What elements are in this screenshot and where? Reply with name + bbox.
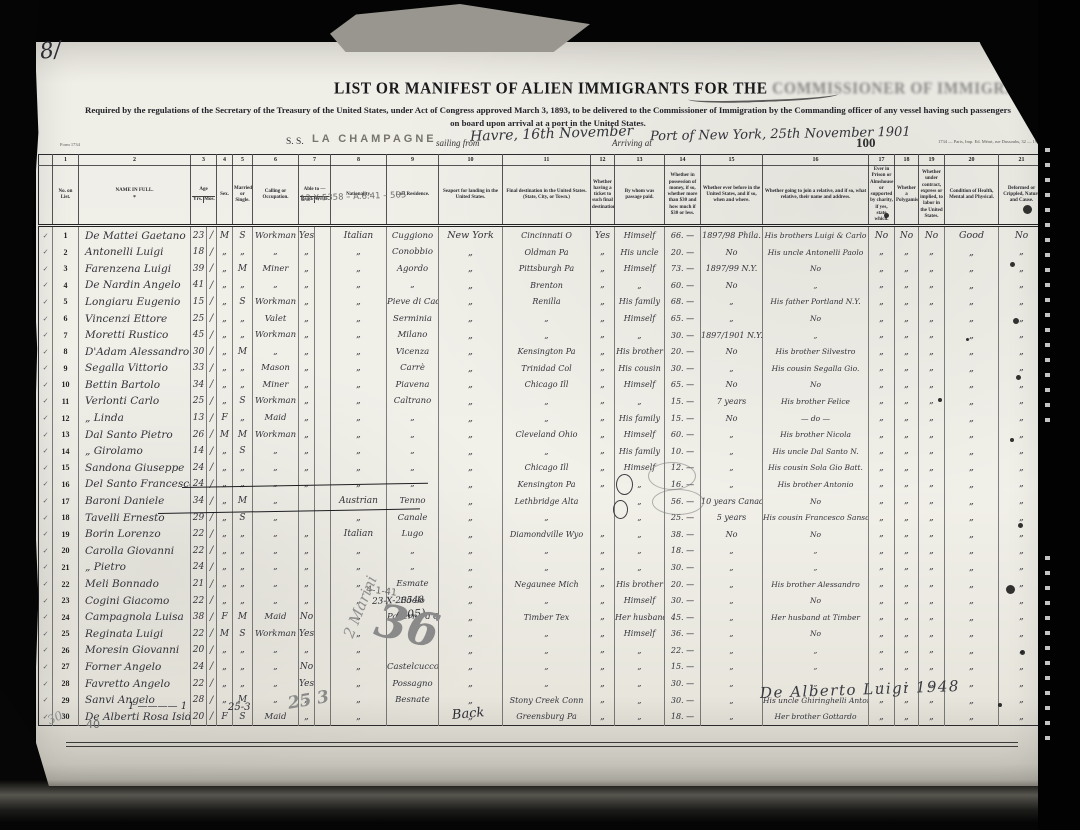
- cell-prison: „: [869, 360, 895, 377]
- col-ticket: Whether having a ticket to such final de…: [591, 166, 615, 226]
- cell-age-mos: /: [207, 509, 217, 526]
- cell-ticket: „: [591, 443, 615, 460]
- cell-age-yrs: 41: [191, 277, 207, 294]
- cell-contract-labor: „: [919, 460, 945, 477]
- cell-passage-paid: Himself: [615, 377, 665, 394]
- cell-money: 66. —: [665, 226, 701, 244]
- cell-destination: Timber Tex: [503, 609, 591, 626]
- cell-name: Cogini Giacomo: [79, 592, 191, 609]
- scan-edge-bottom: [0, 780, 1080, 830]
- cell-joining-relative: „: [763, 642, 869, 659]
- cell-read: [299, 493, 315, 510]
- cell-passage-paid: Her husband: [615, 609, 665, 626]
- cell-nationality: „: [331, 310, 387, 327]
- cell-seaport: „: [439, 260, 503, 277]
- cell-age-mos: /: [207, 626, 217, 643]
- cell-nationality: „: [331, 260, 387, 277]
- cell-calling: „: [253, 543, 299, 560]
- cell-married: S: [233, 294, 253, 311]
- cell-write: [315, 526, 331, 543]
- cell-polygamist: No: [895, 226, 919, 244]
- cell-name: „ Girolamo: [79, 443, 191, 460]
- cell-prison: „: [869, 526, 895, 543]
- cell-name: Carolla Giovanni: [79, 543, 191, 560]
- cell-contract-labor: „: [919, 360, 945, 377]
- cell-no: 26: [53, 642, 79, 659]
- cell-destination: Kensington Pa: [503, 343, 591, 360]
- cell-destination: „: [503, 410, 591, 427]
- cell-prison: „: [869, 476, 895, 493]
- cell-prison: „: [869, 659, 895, 676]
- cell-name: Tavelli Ernesto: [79, 509, 191, 526]
- cell-name: Sandona Giuseppe: [79, 460, 191, 477]
- cell-no: 13: [53, 426, 79, 443]
- cell-seaport: „: [439, 460, 503, 477]
- cell-age-mos: /: [207, 343, 217, 360]
- cell-contract-labor: „: [919, 543, 945, 560]
- cell-write: [315, 460, 331, 477]
- cell-nationality: „: [331, 244, 387, 261]
- cell-last-residence: „: [387, 460, 439, 477]
- cell-sex: „: [217, 692, 233, 709]
- cell-money: 73. —: [665, 260, 701, 277]
- cell-no: 19: [53, 526, 79, 543]
- cell-nationality: „: [331, 675, 387, 692]
- cell-last-residence: Piavena: [387, 377, 439, 394]
- cell-ticket: „: [591, 426, 615, 443]
- cell-ticket: [591, 493, 615, 510]
- cell-calling: „: [253, 659, 299, 676]
- cell-prison: „: [869, 592, 895, 609]
- col-prison: Ever in Prison or Almshouse or supported…: [869, 166, 895, 226]
- cell-write: [315, 410, 331, 427]
- cell-money: 20. —: [665, 576, 701, 593]
- cell-read: „: [299, 592, 315, 609]
- cell-nationality: Italian: [331, 526, 387, 543]
- cell-calling: Maid: [253, 609, 299, 626]
- cell-sex: „: [217, 310, 233, 327]
- cell-nationality: „: [331, 443, 387, 460]
- table-row: ✓ 15 Sandona Giuseppe 24 / „ „ „ „ „ „ „…: [39, 460, 1045, 477]
- cell-married: M: [233, 260, 253, 277]
- cell-destination: Stony Creek Conn: [503, 692, 591, 709]
- table-row: ✓ 9 Segalla Vittorio 33 / „ „ Mason „ „ …: [39, 360, 1045, 377]
- cell-sex: „: [217, 592, 233, 609]
- cell-last-residence: Possagno: [387, 675, 439, 692]
- cell-name: Vincenzi Ettore: [79, 310, 191, 327]
- cell-prison: „: [869, 626, 895, 643]
- col-no: No. on List.: [53, 166, 79, 226]
- cell-joining-relative: No: [763, 526, 869, 543]
- table-row: ✓ 24 Campagnola Luisa 38 / F M Maid No „…: [39, 609, 1045, 626]
- cell-name: Campagnola Luisa: [79, 609, 191, 626]
- cell-contract-labor: „: [919, 509, 945, 526]
- cell-nationality: „: [331, 343, 387, 360]
- col-relative: Whether going to join a relative, and if…: [763, 166, 869, 226]
- cell-calling: Maid: [253, 410, 299, 427]
- cell-nationality: Austrian: [331, 493, 387, 510]
- cell-name: Segalla Vittorio: [79, 360, 191, 377]
- cell-age-yrs: 15: [191, 294, 207, 311]
- cell-money: 65. —: [665, 310, 701, 327]
- cell-seaport: „: [439, 576, 503, 593]
- cell-name: Reginata Luigi: [79, 626, 191, 643]
- cell-write: [315, 543, 331, 560]
- cell-calling: Valet: [253, 310, 299, 327]
- cell-ticket: „: [591, 692, 615, 709]
- cell-name: Sanvi Angelo: [79, 692, 191, 709]
- cell-health: „: [945, 343, 999, 360]
- cell-no: 18: [53, 509, 79, 526]
- cell-contract-labor: „: [919, 443, 945, 460]
- cell-passage-paid: „: [615, 708, 665, 725]
- cell-prison: „: [869, 327, 895, 344]
- cell-write: [315, 642, 331, 659]
- table-row: ✓ 3 Farenzena Luigi 39 / „ M Miner „ „ A…: [39, 260, 1045, 277]
- cell-before-in-us: „: [701, 294, 763, 311]
- cell-prison: „: [869, 692, 895, 709]
- cell-destination: Diamondville Wyo: [503, 526, 591, 543]
- cell-nationality: „: [331, 592, 387, 609]
- cell-age-mos: /: [207, 360, 217, 377]
- cell-destination: „: [503, 393, 591, 410]
- cell-ticket: „: [591, 708, 615, 725]
- cell-joining-relative: His brother Felice: [763, 393, 869, 410]
- cell-joining-relative: No: [763, 592, 869, 609]
- cell-joining-relative: Her brother Gottardo: [763, 708, 869, 725]
- cell-seaport: „: [439, 708, 503, 725]
- row-checkmark: ✓: [39, 626, 53, 643]
- col-before: Whether ever before in the United States…: [701, 166, 763, 226]
- cell-age-mos: /: [207, 460, 217, 477]
- cell-prison: „: [869, 294, 895, 311]
- cell-write: [315, 675, 331, 692]
- cell-passage-paid: „: [615, 642, 665, 659]
- cell-calling: „: [253, 244, 299, 261]
- row-checkmark: ✓: [39, 277, 53, 294]
- cell-last-residence: Canale: [387, 509, 439, 526]
- cell-before-in-us: 1897/1901 N.Y.: [701, 327, 763, 344]
- cell-seaport: „: [439, 310, 503, 327]
- table-row: ✓ 1 De Mattei Gaetano 23 / M S Workman Y…: [39, 226, 1045, 244]
- cell-polygamist: „: [895, 443, 919, 460]
- col-seaport: Seaport for landing in the United States…: [439, 166, 503, 226]
- cell-married: „: [233, 675, 253, 692]
- cell-seaport: „: [439, 426, 503, 443]
- cell-seaport: „: [439, 609, 503, 626]
- cell-last-residence: Agordo: [387, 260, 439, 277]
- col-money: Whether in possession of money, if so, w…: [665, 166, 701, 226]
- cell-passage-paid: Himself: [615, 426, 665, 443]
- cell-prison: „: [869, 559, 895, 576]
- cell-calling: „: [253, 493, 299, 510]
- cell-no: 6: [53, 310, 79, 327]
- cell-nationality: „: [331, 410, 387, 427]
- cell-money: 68. —: [665, 294, 701, 311]
- table-bottom-rule: [66, 742, 1018, 747]
- row-checkmark: ✓: [39, 592, 53, 609]
- cell-no: 28: [53, 675, 79, 692]
- cell-money: 15. —: [665, 659, 701, 676]
- cell-ticket: „: [591, 559, 615, 576]
- cell-health: „: [945, 559, 999, 576]
- cell-before-in-us: No: [701, 277, 763, 294]
- cell-polygamist: „: [895, 310, 919, 327]
- cell-seaport: „: [439, 277, 503, 294]
- cell-calling: Workman: [253, 426, 299, 443]
- cell-before-in-us: „: [701, 675, 763, 692]
- cell-destination: Negaunee Mich: [503, 576, 591, 593]
- cell-money: 30. —: [665, 327, 701, 344]
- cell-no: 5: [53, 294, 79, 311]
- cell-married: M: [233, 426, 253, 443]
- cell-contract-labor: „: [919, 526, 945, 543]
- cell-seaport: „: [439, 294, 503, 311]
- cell-before-in-us: „: [701, 708, 763, 725]
- cell-married: S: [233, 509, 253, 526]
- cell-ticket: „: [591, 327, 615, 344]
- cell-nationality: „: [331, 576, 387, 593]
- cell-money: 18. —: [665, 543, 701, 560]
- cell-before-in-us: No: [701, 244, 763, 261]
- row-checkmark: ✓: [39, 609, 53, 626]
- cell-read: „: [299, 294, 315, 311]
- cell-age-mos: /: [207, 226, 217, 244]
- cell-money: 30. —: [665, 360, 701, 377]
- cell-read: Yes: [299, 626, 315, 643]
- cell-contract-labor: „: [919, 642, 945, 659]
- cell-sex: M: [217, 426, 233, 443]
- cell-destination: „: [503, 443, 591, 460]
- cell-money: 15. —: [665, 410, 701, 427]
- cell-passage-paid: His family: [615, 443, 665, 460]
- cell-seaport: „: [439, 244, 503, 261]
- row-checkmark: ✓: [39, 692, 53, 709]
- cell-name: Verlonti Carlo: [79, 393, 191, 410]
- cell-health: „: [945, 410, 999, 427]
- cell-read: „: [299, 360, 315, 377]
- cell-health: „: [945, 592, 999, 609]
- cell-write: [315, 493, 331, 510]
- cell-seaport: „: [439, 509, 503, 526]
- cell-destination: Cincinnati O: [503, 226, 591, 244]
- table-row: ✓ 29 Sanvi Angelo 28 / „ M „ „ „ Besnate…: [39, 692, 1045, 709]
- cell-joining-relative: „: [763, 675, 869, 692]
- cell-no: 23: [53, 592, 79, 609]
- table-row: ✓ 25 Reginata Luigi 22 / M S Workman Yes…: [39, 626, 1045, 643]
- cell-before-in-us: No: [701, 377, 763, 394]
- cell-married: „: [233, 576, 253, 593]
- cell-passage-paid: Himself: [615, 626, 665, 643]
- cell-name: Meli Bonnado: [79, 576, 191, 593]
- form-number: Form 1734: [60, 142, 80, 147]
- cell-contract-labor: „: [919, 476, 945, 493]
- cell-polygamist: „: [895, 659, 919, 676]
- cell-write: [315, 559, 331, 576]
- cell-age-yrs: 21: [191, 576, 207, 593]
- cell-age-yrs: 23: [191, 226, 207, 244]
- cell-prison: „: [869, 260, 895, 277]
- cell-ticket: „: [591, 377, 615, 394]
- cell-contract-labor: „: [919, 609, 945, 626]
- col-check: [39, 166, 53, 226]
- cell-money: 36. —: [665, 626, 701, 643]
- cell-read: „: [299, 526, 315, 543]
- cell-polygamist: „: [895, 576, 919, 593]
- cell-contract-labor: „: [919, 493, 945, 510]
- cell-sex: M: [217, 226, 233, 244]
- cell-before-in-us: „: [701, 592, 763, 609]
- cell-money: 30. —: [665, 692, 701, 709]
- cell-seaport: „: [439, 659, 503, 676]
- cell-joining-relative: His uncle Dal Santo N.: [763, 443, 869, 460]
- cell-ticket: „: [591, 526, 615, 543]
- cell-last-residence: Conobbio: [387, 244, 439, 261]
- cell-money: 60. —: [665, 277, 701, 294]
- cell-polygamist: „: [895, 377, 919, 394]
- cell-before-in-us: „: [701, 443, 763, 460]
- cell-calling: „: [253, 642, 299, 659]
- cell-ticket: „: [591, 476, 615, 493]
- cell-seaport: „: [439, 360, 503, 377]
- cell-married: S: [233, 626, 253, 643]
- cell-age-mos: /: [207, 559, 217, 576]
- cell-married: „: [233, 659, 253, 676]
- cell-ticket: „: [591, 393, 615, 410]
- cell-money: 30. —: [665, 559, 701, 576]
- cell-age-yrs: 22: [191, 526, 207, 543]
- cell-no: 1: [53, 226, 79, 244]
- row-checkmark: ✓: [39, 410, 53, 427]
- cell-before-in-us: „: [701, 476, 763, 493]
- cell-sex: „: [217, 443, 233, 460]
- cell-joining-relative: Her husband at Timber: [763, 609, 869, 626]
- cell-prison: „: [869, 277, 895, 294]
- cell-write: [315, 393, 331, 410]
- cell-write: [315, 659, 331, 676]
- cell-age-yrs: 25: [191, 393, 207, 410]
- cell-married: „: [233, 559, 253, 576]
- cell-sex: „: [217, 543, 233, 560]
- cell-money: 15. —: [665, 393, 701, 410]
- cell-ticket: „: [591, 543, 615, 560]
- cell-nationality: „: [331, 327, 387, 344]
- cell-passage-paid: „: [615, 327, 665, 344]
- cell-prison: „: [869, 426, 895, 443]
- cell-contract-labor: „: [919, 410, 945, 427]
- cell-last-residence: Besnate: [387, 692, 439, 709]
- cell-nationality: „: [331, 294, 387, 311]
- cell-prison: „: [869, 410, 895, 427]
- cell-health: „: [945, 526, 999, 543]
- cell-age-yrs: 30: [191, 343, 207, 360]
- cell-destination: Lethbridge Alta: [503, 493, 591, 510]
- cell-age-mos: /: [207, 493, 217, 510]
- cell-name: „ Linda: [79, 410, 191, 427]
- cell-destination: Chicago Ill: [503, 460, 591, 477]
- cell-name: De Alberti Rosa Isidora: [79, 708, 191, 725]
- cell-before-in-us: 10 years Canada: [701, 493, 763, 510]
- cell-sex: „: [217, 659, 233, 676]
- col-name: NAME IN FULL.*: [79, 166, 191, 226]
- cell-nationality: Italian: [331, 226, 387, 244]
- cell-prison: „: [869, 509, 895, 526]
- cell-money: 56. —: [665, 493, 701, 510]
- cell-name: Borin Lorenzo: [79, 526, 191, 543]
- cell-age-yrs: 25: [191, 310, 207, 327]
- cell-calling: Workman: [253, 626, 299, 643]
- cell-health: „: [945, 576, 999, 593]
- cell-nationality: „: [331, 642, 387, 659]
- cell-name: D'Adam Alessandro: [79, 343, 191, 360]
- cell-read: „: [299, 393, 315, 410]
- cell-passage-paid: Himself: [615, 592, 665, 609]
- cell-write: [315, 343, 331, 360]
- ship-name-stamp: LA CHAMPAGNE: [312, 133, 437, 145]
- table-row: ✓ 5 Longiaru Eugenio 15 / „ S Workman „ …: [39, 294, 1045, 311]
- cell-married: „: [233, 460, 253, 477]
- cell-passage-paid: His brother: [615, 343, 665, 360]
- cell-passage-paid: His brother: [615, 576, 665, 593]
- cell-no: 22: [53, 576, 79, 593]
- cell-ticket: Yes: [591, 226, 615, 244]
- col-poly: Whether a Polygamist.: [895, 166, 919, 226]
- cell-age-yrs: 29: [191, 509, 207, 526]
- cell-nationality: „: [331, 277, 387, 294]
- film-sprocket-marks: [1045, 556, 1050, 746]
- cell-name: Forner Angelo: [79, 659, 191, 676]
- cell-write: [315, 626, 331, 643]
- cell-before-in-us: „: [701, 609, 763, 626]
- cell-contract-labor: „: [919, 426, 945, 443]
- cell-no: 2: [53, 244, 79, 261]
- cell-age-mos: /: [207, 692, 217, 709]
- cell-polygamist: „: [895, 692, 919, 709]
- cell-prison: „: [869, 609, 895, 626]
- cell-health: „: [945, 493, 999, 510]
- cell-ticket: „: [591, 642, 615, 659]
- table-row: ✓ 21 „ Pietro 24 / „ „ „ „ „ „ „ „ „ „ 3…: [39, 559, 1045, 576]
- cell-prison: „: [869, 675, 895, 692]
- row-checkmark: ✓: [39, 343, 53, 360]
- cell-name: De Nardin Angelo: [79, 277, 191, 294]
- row-checkmark: ✓: [39, 708, 53, 725]
- cell-married: M: [233, 609, 253, 626]
- cell-write: [315, 426, 331, 443]
- cell-seaport: New York: [439, 226, 503, 244]
- cell-write: [315, 476, 331, 493]
- cell-health: „: [945, 460, 999, 477]
- table-row: ✓ 11 Verlonti Carlo 25 / „ S Workman „ „…: [39, 393, 1045, 410]
- table-row: ✓ 23 Cogini Giacomo 22 / „ „ „ „ „ Edolo…: [39, 592, 1045, 609]
- cell-calling: „: [253, 509, 299, 526]
- cell-last-residence: Carrè: [387, 360, 439, 377]
- cell-polygamist: „: [895, 559, 919, 576]
- table-row: ✓ 27 Forner Angelo 24 / „ „ „ No „ Caste…: [39, 659, 1045, 676]
- cell-health: „: [945, 377, 999, 394]
- cell-contract-labor: „: [919, 692, 945, 709]
- cell-passage-paid: His cousin: [615, 360, 665, 377]
- cell-calling: Workman: [253, 393, 299, 410]
- cell-write: [315, 310, 331, 327]
- table-row: ✓ 14 „ Girolamo 14 / „ S „ „ „ „ „ „ „ H…: [39, 443, 1045, 460]
- cell-joining-relative: His cousin Segalla Gio.: [763, 360, 869, 377]
- cell-read: „: [299, 343, 315, 360]
- table-row: ✓ 4 De Nardin Angelo 41 / „ „ „ „ „ „ „ …: [39, 277, 1045, 294]
- manifest-table: 1 2 3 4 5 6 7 8 9 10 11 12 13 14 15 16 1…: [38, 154, 1045, 726]
- cell-name: „ Pietro: [79, 559, 191, 576]
- cell-sex: „: [217, 576, 233, 593]
